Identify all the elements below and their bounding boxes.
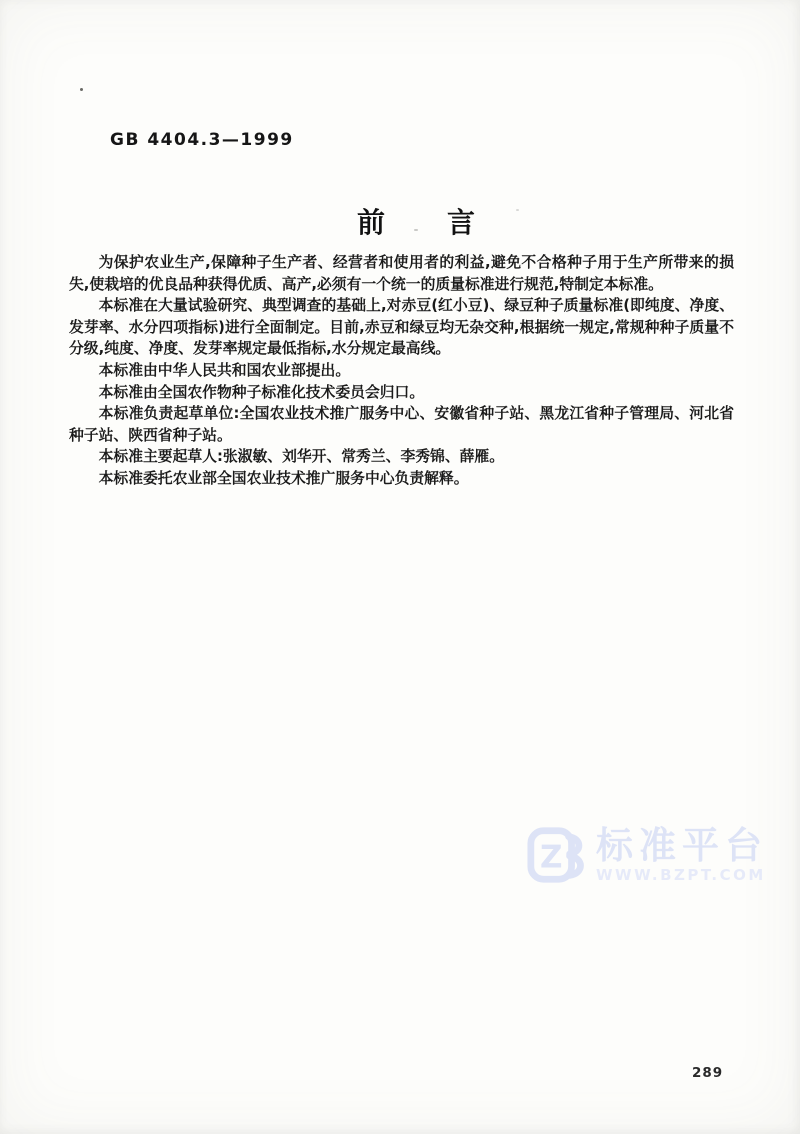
title-char: 言 bbox=[447, 201, 475, 241]
bzpt-logo-icon: Z bbox=[526, 824, 588, 886]
watermark-url: WWW.BZPT.COM bbox=[596, 866, 768, 884]
document-page: GB 4404.3—1999 前 言 为保护农业生产,保障种子生产者、经营者和使… bbox=[0, 0, 800, 1134]
watermark-name: 标准平台 bbox=[596, 826, 768, 866]
paragraph-interpretation: 本标准委托农业部全国农业技术推广服务中心负责解释。 bbox=[69, 468, 734, 490]
watermark: Z 标准平台 WWW.BZPT.COM bbox=[526, 824, 768, 886]
paragraph-drafting-organizations: 本标准负责起草单位:全国农业技术推广服务中心、安徽省种子站、黑龙江省种子管理局、… bbox=[69, 403, 734, 446]
standard-code: GB 4404.3—1999 bbox=[110, 130, 294, 150]
watermark-text: 标准平台 WWW.BZPT.COM bbox=[596, 826, 768, 884]
paragraph-intro: 为保护农业生产,保障种子生产者、经营者和使用者的利益,避免不合格种子用于生产所带… bbox=[69, 252, 734, 295]
paragraph-centralized-by: 本标准由全国农作物种子标准化技术委员会归口。 bbox=[69, 382, 734, 404]
paragraph-drafters: 本标准主要起草人:张淑敏、刘华开、常秀兰、李秀锦、薛雁。 bbox=[69, 446, 734, 468]
paragraph-proposed-by: 本标准由中华人民共和国农业部提出。 bbox=[69, 360, 734, 382]
scan-speck bbox=[80, 88, 83, 91]
svg-text:Z: Z bbox=[540, 840, 562, 876]
page-number: 289 bbox=[692, 1065, 723, 1081]
foreword-body: 为保护农业生产,保障种子生产者、经营者和使用者的利益,避免不合格种子用于生产所带… bbox=[69, 252, 734, 490]
page-title: 前 言 bbox=[16, 201, 800, 241]
paragraph-scope: 本标准在大量试验研究、典型调查的基础上,对赤豆(红小豆)、绿豆种子质量标准(即纯… bbox=[69, 295, 734, 360]
title-char: 前 bbox=[357, 201, 385, 241]
